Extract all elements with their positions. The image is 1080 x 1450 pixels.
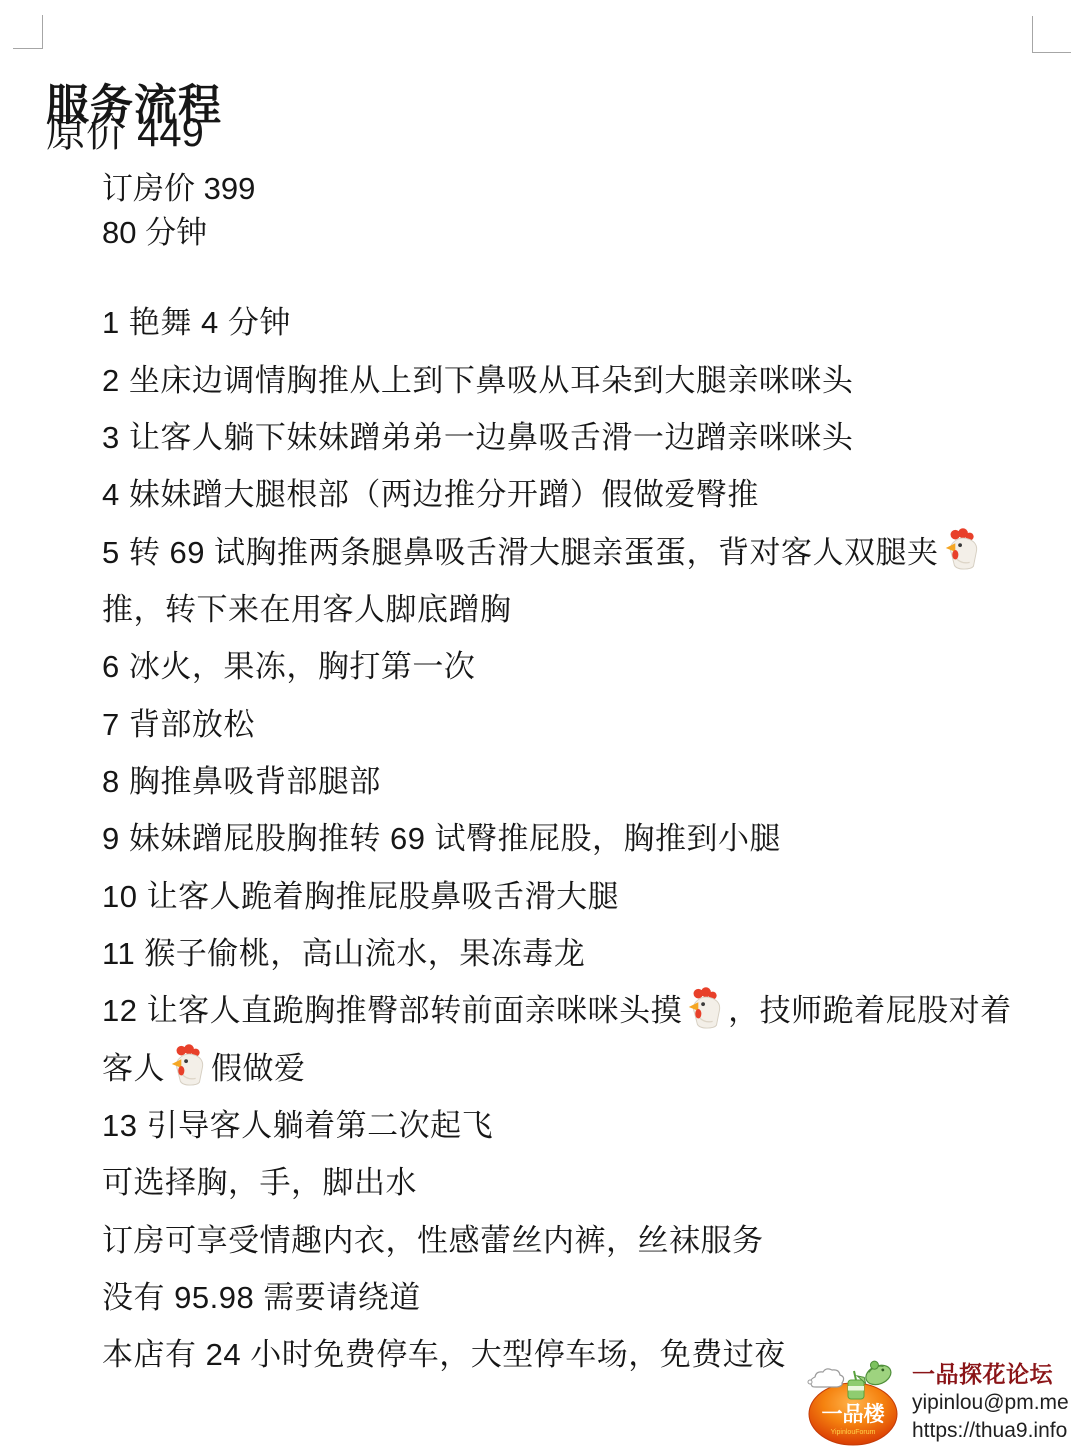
- list-item-wrap: 推，转下来在用客人脚底蹭胸: [102, 578, 1060, 635]
- list-item: 1 艳舞 4 分钟: [102, 291, 1060, 348]
- rooster-emoji: [168, 1044, 208, 1086]
- page-margin-mark-top-right: [1032, 16, 1071, 53]
- rooster-emoji: [685, 987, 725, 1029]
- rooster-emoji: [942, 528, 982, 570]
- list-item: 可选择胸，手，脚出水: [102, 1151, 1060, 1208]
- cloud-icon: [808, 1369, 844, 1387]
- list-item: 11 猴子偷桃，高山流水，果冻毒龙: [102, 922, 1060, 979]
- original-price: 原价 449: [46, 113, 204, 153]
- forum-email: yipinlou@pm.me: [912, 1392, 1069, 1413]
- service-steps-list: 1 艳舞 4 分钟 2 坐床边调情胸推从上到下鼻吸从耳朵到大腿亲咪咪头 3 让客…: [102, 291, 1060, 1381]
- list-item: 7 背部放松: [102, 692, 1060, 749]
- list-item: 9 妹妹蹭屁股胸推转 69 试臀推屁股，胸推到小腿: [102, 807, 1060, 864]
- list-item-wrap: 客人 假做爱: [102, 1036, 1060, 1093]
- logo-main-text: 一品楼: [822, 1402, 886, 1426]
- booking-price: 订房价 399: [102, 173, 255, 204]
- duration: 80 分钟: [102, 217, 207, 248]
- list-item: 订房可享受情趣内衣，性感蕾丝内裤，丝袜服务: [102, 1209, 1060, 1266]
- list-item: 8 胸推鼻吸背部腿部: [102, 750, 1060, 807]
- list-item: 3 让客人躺下妹妹蹭弟弟一边鼻吸舌滑一边蹭亲咪咪头: [102, 406, 1060, 463]
- page-margin-mark-top-left: [13, 15, 43, 49]
- list-item: 2 坐床边调情胸推从上到下鼻吸从耳朵到大腿亲咪咪头: [102, 348, 1060, 405]
- forum-logo: 一品楼 YipinlouForum: [804, 1358, 902, 1450]
- forum-url: https://thua9.info: [912, 1420, 1067, 1441]
- forum-name: 一品探花论坛: [912, 1363, 1053, 1386]
- list-item: 4 妹妹蹭大腿根部（两边推分开蹭）假做爱臀推: [102, 463, 1060, 520]
- yipinlou-logo-graphic: 一品楼 YipinlouForum: [804, 1358, 902, 1450]
- list-item: 12 让客人直跪胸推臀部转前面亲咪咪头摸 ，技师跪着屁股对着: [102, 979, 1060, 1036]
- list-item: 5 转 69 试胸推两条腿鼻吸舌滑大腿亲蛋蛋，背对客人双腿夹: [102, 520, 1060, 577]
- list-item: 13 引导客人躺着第二次起飞: [102, 1094, 1060, 1151]
- list-item: 10 让客人跪着胸推屁股鼻吸舌滑大腿: [102, 864, 1060, 921]
- logo-sub-text: YipinlouForum: [831, 1429, 876, 1436]
- list-item: 6 冰火，果冻，胸打第一次: [102, 635, 1060, 692]
- list-item: 没有 95.98 需要请绕道: [102, 1266, 1060, 1323]
